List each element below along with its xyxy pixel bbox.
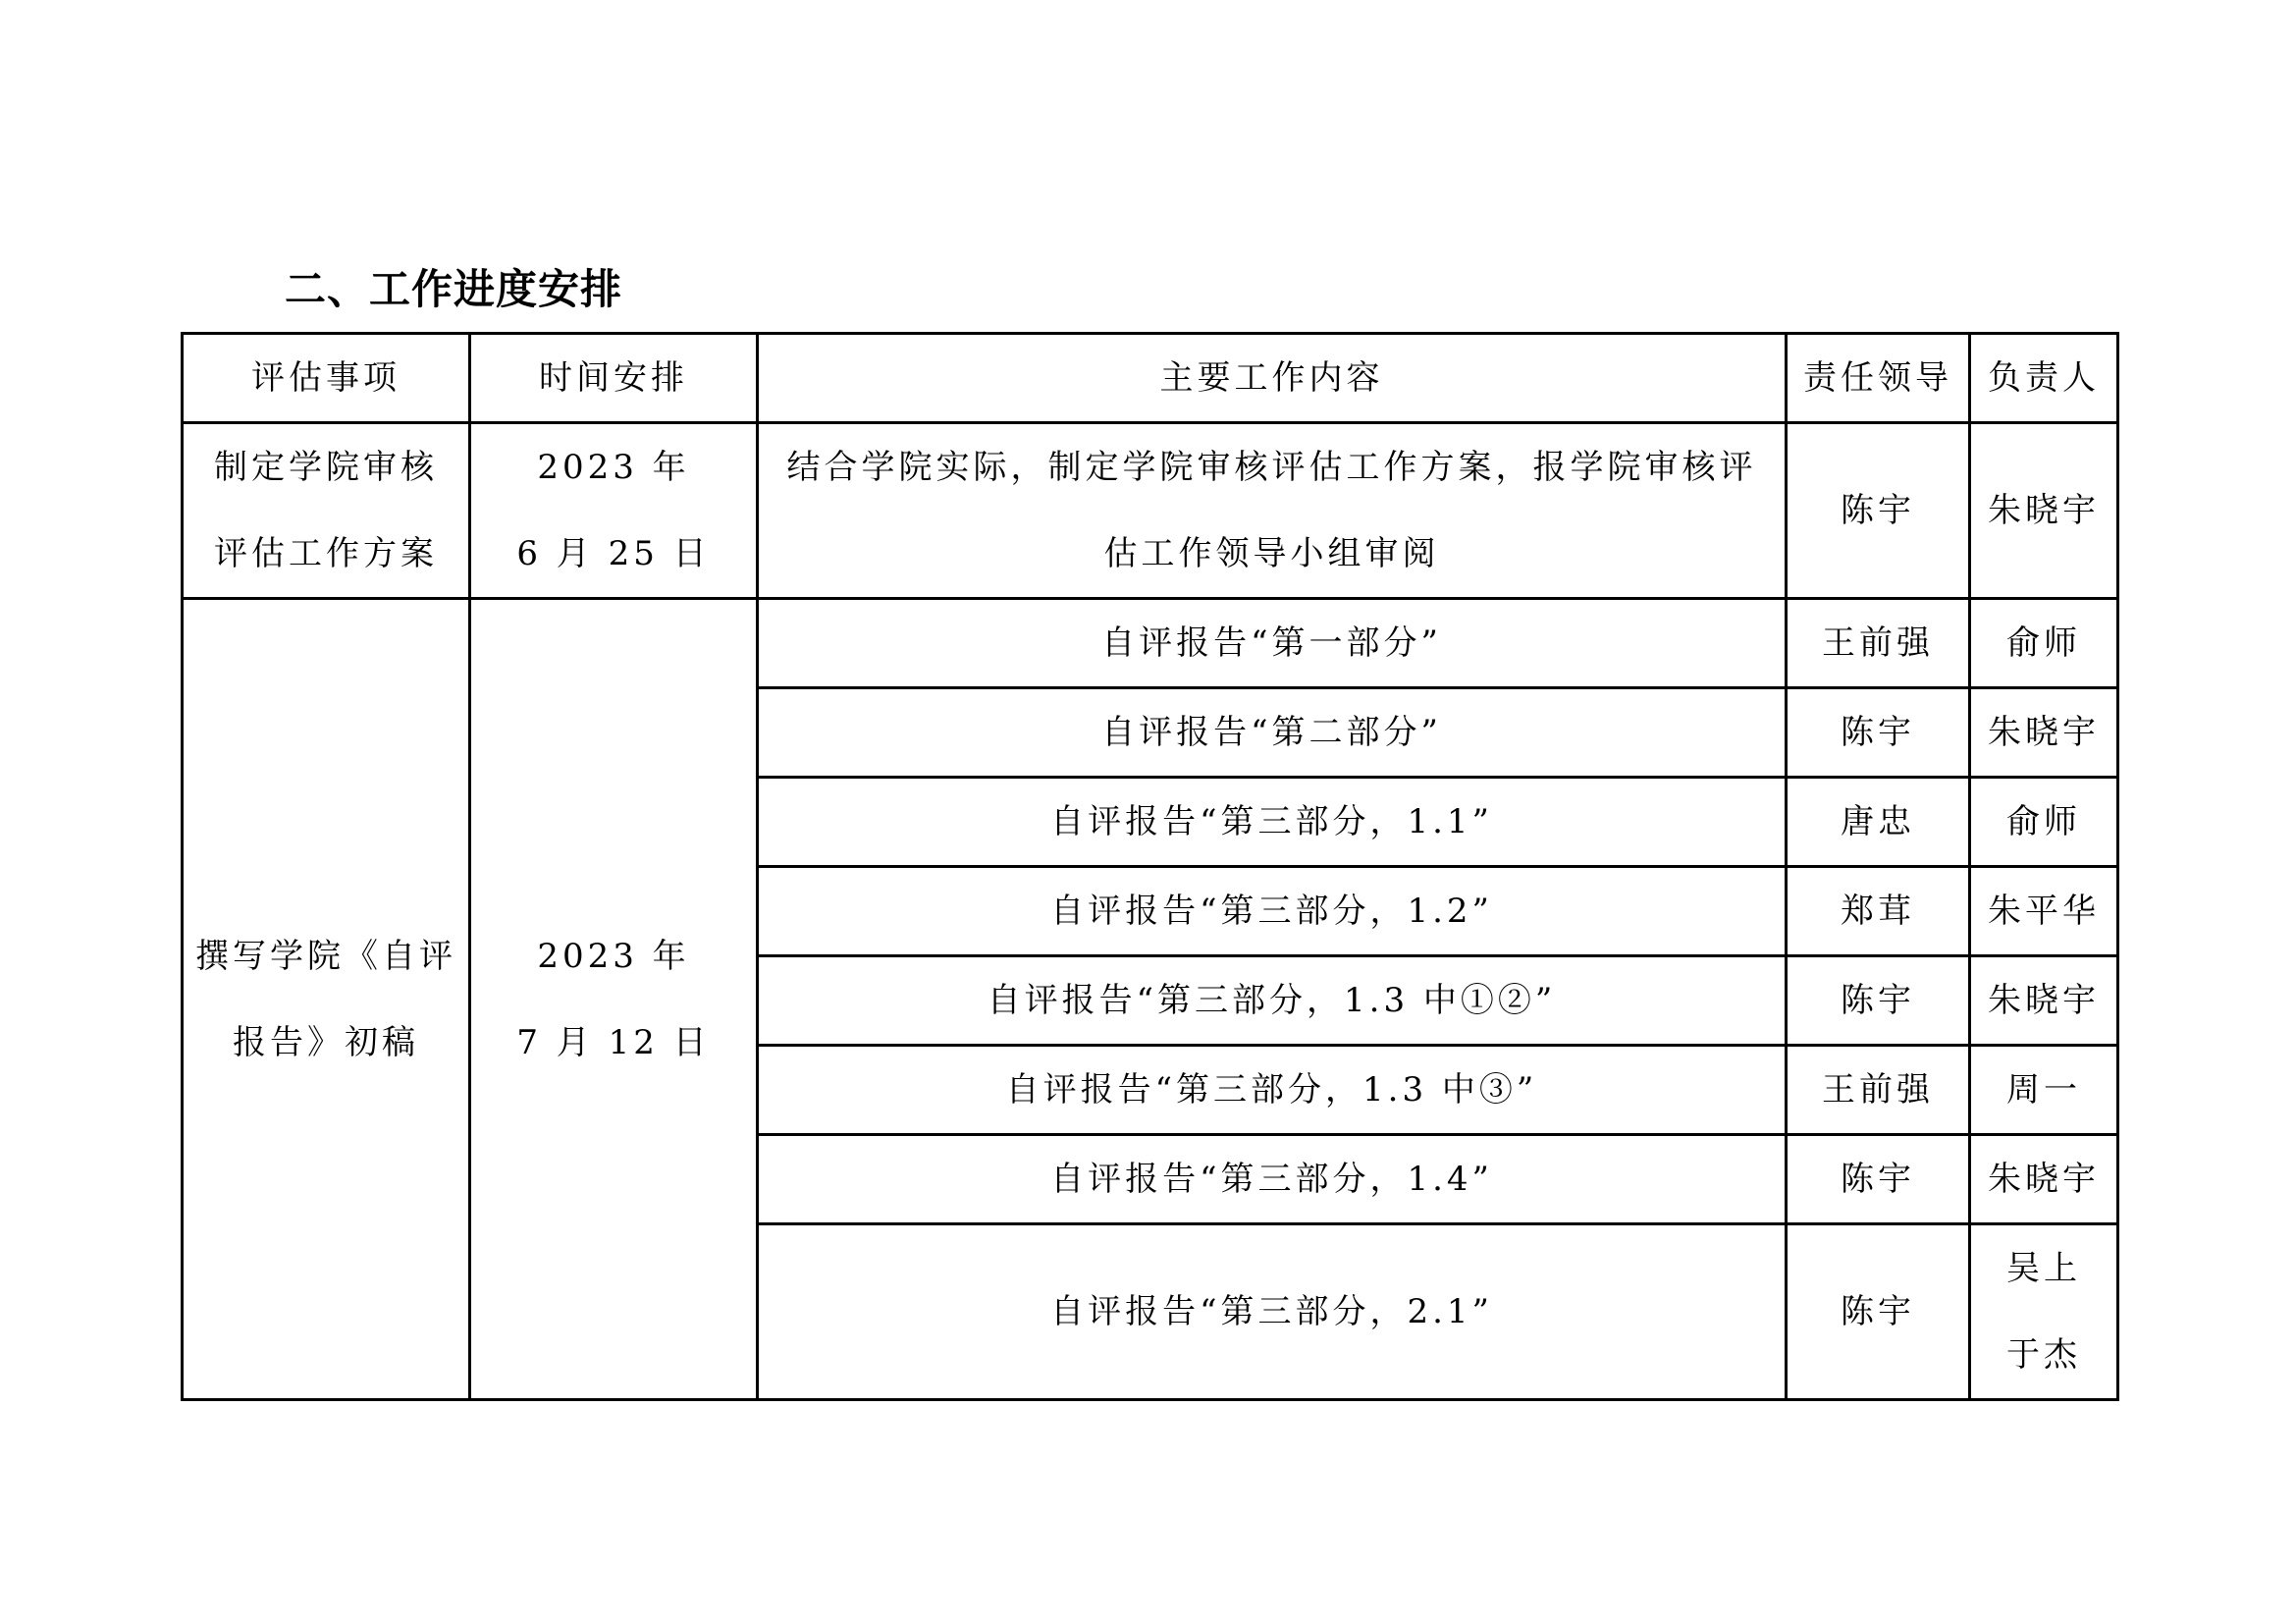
item-cell: 制定学院审核 评估工作方案 <box>183 423 470 599</box>
owner-cell: 俞师 <box>1970 599 2118 688</box>
table-row: 撰写学院《自评 报告》初稿 2023 年 7 月 12 日 自评报告“第一部分”… <box>183 599 2118 688</box>
header-content: 主要工作内容 <box>758 334 1787 423</box>
header-time: 时间安排 <box>470 334 758 423</box>
owner-cell: 朱晓宇 <box>1970 956 2118 1046</box>
leader-cell: 王前强 <box>1787 1046 1970 1135</box>
content-cell: 自评报告“第二部分” <box>758 688 1787 778</box>
content-cell: 自评报告“第三部分，2.1” <box>758 1224 1787 1400</box>
leader-cell: 陈宇 <box>1787 688 1970 778</box>
leader-cell: 陈宇 <box>1787 956 1970 1046</box>
owner-cell: 朱晓宇 <box>1970 423 2118 599</box>
leader-cell: 王前强 <box>1787 599 1970 688</box>
content-cell: 自评报告“第三部分，1.1” <box>758 778 1787 867</box>
owner-cell: 朱晓宇 <box>1970 1135 2118 1224</box>
schedule-table: 评估事项 时间安排 主要工作内容 责任领导 负责人 制定学院审核 评估工作方案 … <box>181 332 2119 1401</box>
owner-cell: 俞师 <box>1970 778 2118 867</box>
table-header-row: 评估事项 时间安排 主要工作内容 责任领导 负责人 <box>183 334 2118 423</box>
owner-cell: 吴上 于杰 <box>1970 1224 2118 1400</box>
leader-cell: 唐忠 <box>1787 778 1970 867</box>
content-cell: 自评报告“第一部分” <box>758 599 1787 688</box>
header-owner: 负责人 <box>1970 334 2118 423</box>
content-cell: 结合学院实际，制定学院审核评估工作方案，报学院审核评 估工作领导小组审阅 <box>758 423 1787 599</box>
content-cell: 自评报告“第三部分，1.3 中①②” <box>758 956 1787 1046</box>
leader-cell: 郑茸 <box>1787 867 1970 956</box>
time-cell: 2023 年 6 月 25 日 <box>470 423 758 599</box>
section-heading: 二、工作进度安排 <box>285 257 622 316</box>
table-row: 制定学院审核 评估工作方案 2023 年 6 月 25 日 结合学院实际，制定学… <box>183 423 2118 599</box>
header-leader: 责任领导 <box>1787 334 1970 423</box>
owner-cell: 周一 <box>1970 1046 2118 1135</box>
content-cell: 自评报告“第三部分，1.3 中③” <box>758 1046 1787 1135</box>
content-cell: 自评报告“第三部分，1.4” <box>758 1135 1787 1224</box>
owner-cell: 朱平华 <box>1970 867 2118 956</box>
leader-cell: 陈宇 <box>1787 1135 1970 1224</box>
item-cell: 撰写学院《自评 报告》初稿 <box>183 599 470 1400</box>
leader-cell: 陈宇 <box>1787 1224 1970 1400</box>
leader-cell: 陈宇 <box>1787 423 1970 599</box>
owner-cell: 朱晓宇 <box>1970 688 2118 778</box>
content-cell: 自评报告“第三部分，1.2” <box>758 867 1787 956</box>
header-item: 评估事项 <box>183 334 470 423</box>
time-cell: 2023 年 7 月 12 日 <box>470 599 758 1400</box>
